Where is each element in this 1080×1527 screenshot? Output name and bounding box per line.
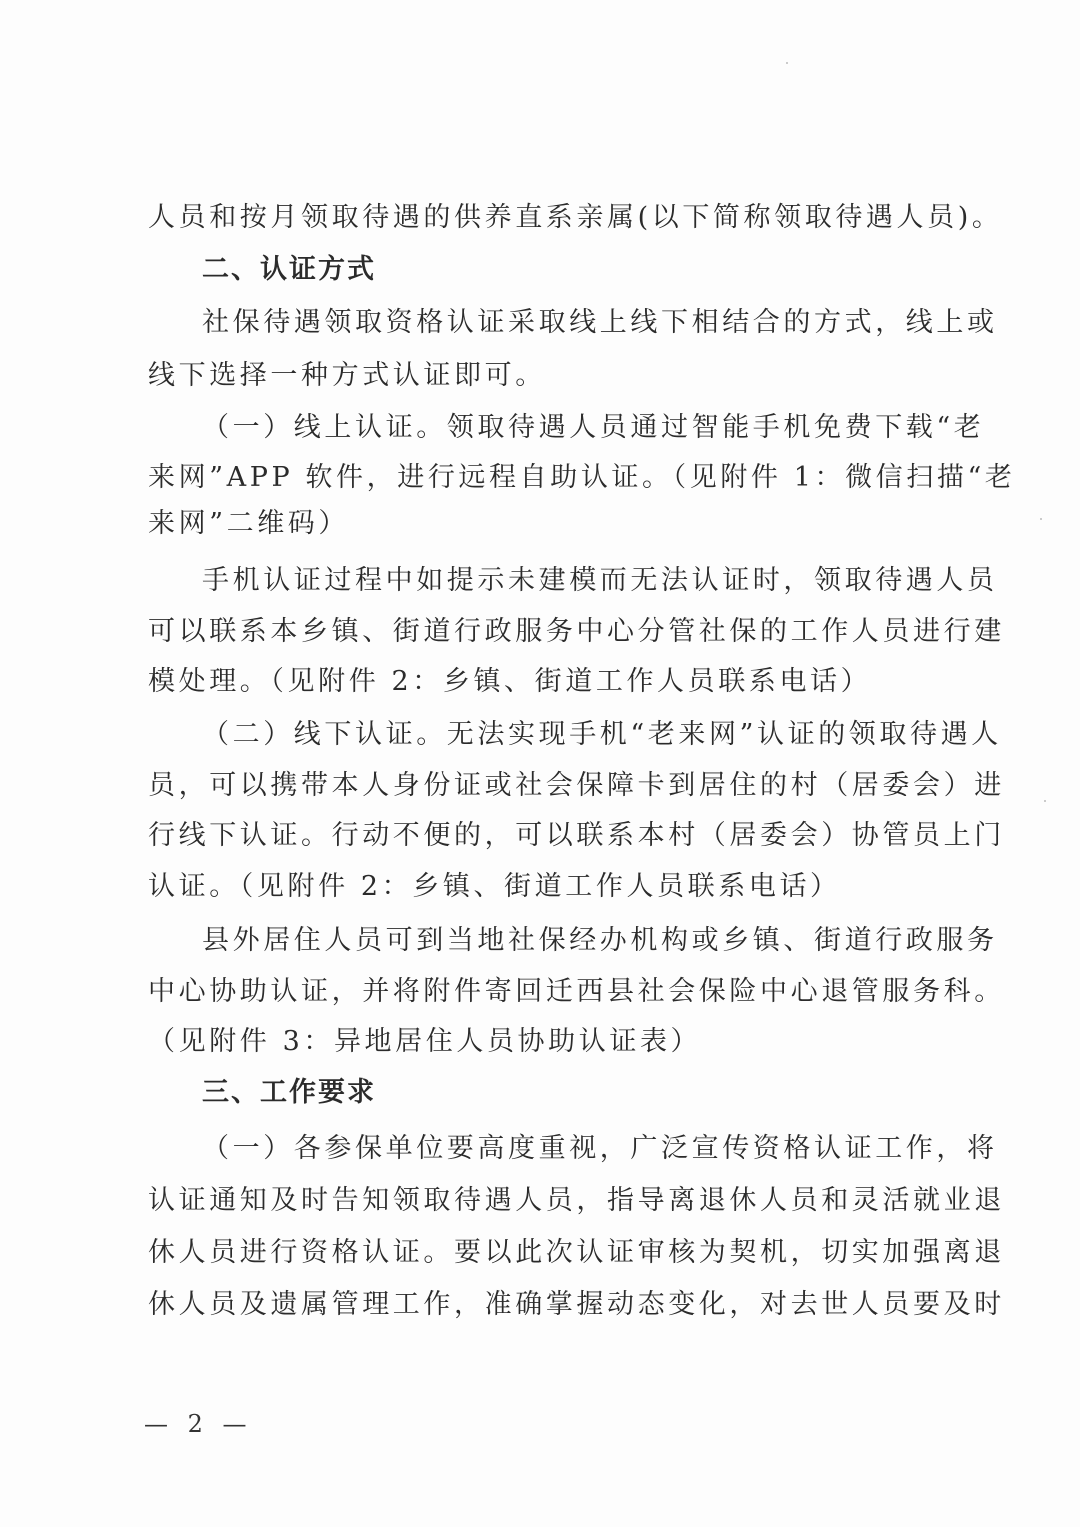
body-line: 社保待遇领取资格认证采取线上线下相结合的方式，线上或	[202, 305, 948, 341]
scan-speck	[1040, 518, 1042, 520]
body-line: 模处理。（见附件 2：乡镇、街道工作人员联系电话）	[148, 664, 948, 700]
body-line: 认证通知及时告知领取待遇人员，指导离退休人员和灵活就业退	[148, 1183, 948, 1219]
body-line: （二）线下认证。无法实现手机“老来网”认证的领取待遇人	[202, 717, 948, 753]
body-line: （见附件 3：异地居住人员协助认证表）	[148, 1024, 948, 1060]
section-heading: 三、工作要求	[202, 1075, 948, 1111]
body-line: 来网”APP 软件，进行远程自助认证。（见附件 1：微信扫描“老	[148, 460, 948, 496]
body-line: 行线下认证。行动不便的，可以联系本村（居委会）协管员上门	[148, 818, 948, 854]
body-line: 休人员进行资格认证。要以此次认证审核为契机，切实加强离退	[148, 1235, 948, 1271]
body-line: 中心协助认证，并将附件寄回迁西县社会保险中心退管服务科。	[148, 974, 948, 1010]
scan-speck	[1044, 800, 1046, 802]
body-line: 人员和按月领取待遇的供养直系亲属(以下简称领取待遇人员)。	[148, 200, 948, 236]
body-line: 县外居住人员可到当地社保经办机构或乡镇、街道行政服务	[202, 923, 948, 959]
body-line: 线下选择一种方式认证即可。	[148, 358, 948, 394]
document-page: 人员和按月领取待遇的供养直系亲属(以下简称领取待遇人员)。 二、认证方式 社保待…	[0, 0, 1080, 1527]
body-line: 来网”二维码）	[148, 506, 948, 542]
scan-speck	[786, 62, 788, 64]
body-line: 可以联系本乡镇、街道行政服务中心分管社保的工作人员进行建	[148, 614, 948, 650]
body-line: 休人员及遗属管理工作，准确掌握动态变化，对去世人员要及时	[148, 1287, 948, 1323]
body-line: 员，可以携带本人身份证或社会保障卡到居住的村（居委会）进	[148, 768, 948, 804]
section-heading: 二、认证方式	[202, 252, 948, 288]
body-line: （一）各参保单位要高度重视，广泛宣传资格认证工作，将	[202, 1131, 948, 1167]
body-line: 认证。（见附件 2：乡镇、街道工作人员联系电话）	[148, 869, 948, 905]
body-line: （一）线上认证。领取待遇人员通过智能手机免费下载“老	[202, 410, 948, 446]
page-number: — 2 —	[144, 1410, 253, 1438]
body-line: 手机认证过程中如提示未建模而无法认证时，领取待遇人员	[202, 563, 948, 599]
